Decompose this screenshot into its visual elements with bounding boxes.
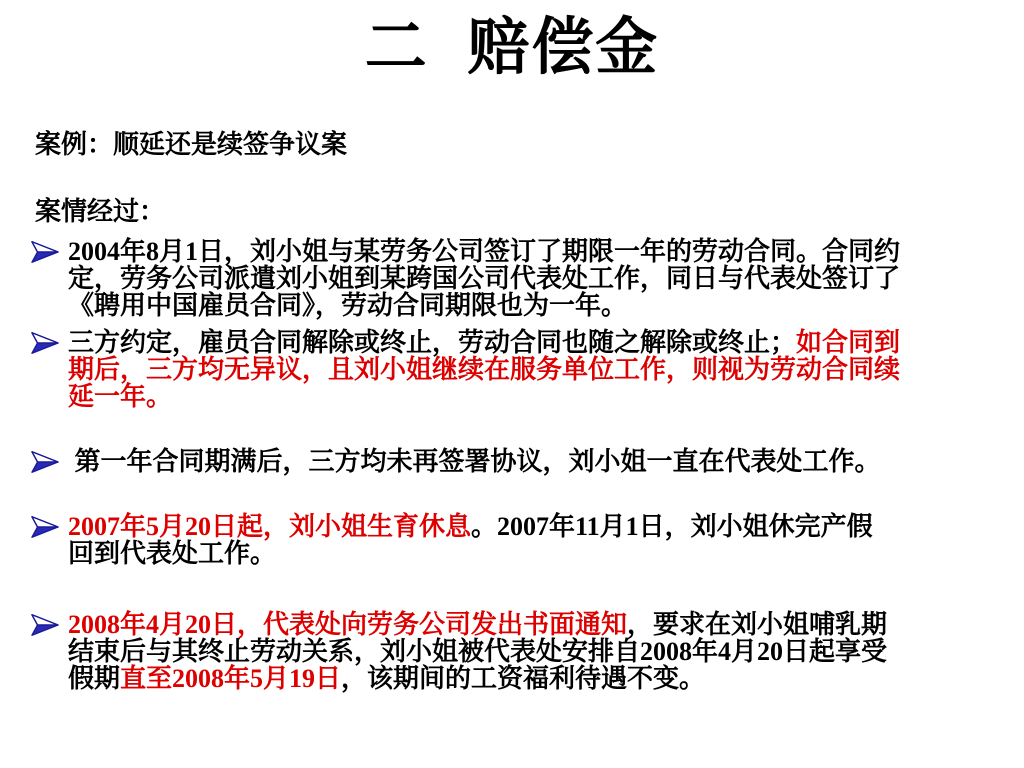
bullet-line: 假期直至2008年5月19日，该期间的工资福利待遇不变。 (68, 665, 1014, 692)
arrow-bullet-icon (30, 449, 60, 475)
bullet-line: 三方约定，雇员合同解除或终止，劳动合同也随之解除或终止；如合同到 (68, 329, 1014, 356)
bullet-line: 定，劳务公司派遣刘小姐到某跨国公司代表处工作，同日与代表处签订了 (68, 265, 1014, 292)
text-segment: 延一年。 (68, 382, 172, 411)
case-name-line: 案例：顺延还是续签争议案 (0, 131, 1024, 159)
text-segment: 定，劳务公司派遣刘小姐到某跨国公司代表处工作，同日与代表处签订了 (68, 264, 900, 293)
bullet-list: 2004年8月1日，刘小姐与某劳务公司签订了期限一年的劳动合同。合同约定，劳务公… (0, 238, 1024, 692)
arrow-bullet-icon (30, 330, 60, 356)
bullet-line: 2007年5月20日起，刘小姐生育休息。2007年11月1日，刘小姐休完产假 (68, 513, 1014, 540)
text-segment: ，要求在刘小姐哺乳期 (627, 610, 887, 639)
text-segment: 如合同到 (796, 328, 900, 357)
bullet-text: 三方约定，雇员合同解除或终止，劳动合同也随之解除或终止；如合同到期后，三方均无异… (68, 329, 1014, 410)
text-segment: 2008年4月20日，代表处向劳务公司发出书面通知 (68, 610, 627, 639)
process-label-line: 案情经过： (0, 198, 1024, 226)
text-segment: 。2007年11月1日，刘小姐休完产假 (471, 512, 873, 541)
text-segment: ，该期间的工资福利待遇不变。 (341, 664, 705, 693)
text-segment: 三方约定，雇员合同解除或终止，劳动合同也随之解除或终止； (68, 328, 796, 357)
bullet-item: 2008年4月20日，代表处向劳务公司发出书面通知，要求在刘小姐哺乳期结束后与其… (30, 611, 1014, 692)
slide: 二 赔偿金 案例：顺延还是续签争议案 案情经过： 2004年8月1日，刘小姐与某… (0, 0, 1024, 768)
bullet-item: 三方约定，雇员合同解除或终止，劳动合同也随之解除或终止；如合同到期后，三方均无异… (30, 329, 1014, 410)
bullet-line: 回到代表处工作。 (68, 540, 1014, 567)
slide-title: 二 赔偿金 (0, 8, 1024, 89)
bullet-text: 2004年8月1日，刘小姐与某劳务公司签订了期限一年的劳动合同。合同约定，劳务公… (68, 238, 1014, 319)
bullet-line: 延一年。 (68, 383, 1014, 410)
arrow-bullet-icon (30, 514, 60, 540)
bullet-item: 第一年合同期满后，三方均未再签署协议，刘小姐一直在代表处工作。 (30, 448, 1014, 475)
bullet-line: 第一年合同期满后，三方均未再签署协议，刘小姐一直在代表处工作。 (68, 448, 1014, 475)
text-segment: 第一年合同期满后，三方均未再签署协议，刘小姐一直在代表处工作。 (68, 447, 881, 476)
text-segment: 期后，三方均无异议，且刘小姐继续在服务单位工作，则视为劳动合同续 (68, 355, 900, 384)
bullet-item: 2004年8月1日，刘小姐与某劳务公司签订了期限一年的劳动合同。合同约定，劳务公… (30, 238, 1014, 319)
bullet-line: 2004年8月1日，刘小姐与某劳务公司签订了期限一年的劳动合同。合同约 (68, 238, 1014, 265)
bullet-line: 结束后与其终止劳动关系，刘小姐被代表处安排自2008年4月20日起享受 (68, 638, 1014, 665)
text-segment: 《聘用中国雇员合同》，劳动合同期限也为一年。 (68, 291, 627, 320)
text-segment: 直至2008年5月19日 (120, 664, 341, 693)
text-segment: 假期 (68, 664, 120, 693)
bullet-item: 2007年5月20日起，刘小姐生育休息。2007年11月1日，刘小姐休完产假回到… (30, 513, 1014, 567)
text-segment: 结束后与其终止劳动关系，刘小姐被代表处安排自2008年4月20日起享受 (68, 637, 887, 666)
bullet-line: 期后，三方均无异议，且刘小姐继续在服务单位工作，则视为劳动合同续 (68, 356, 1014, 383)
bullet-text: 第一年合同期满后，三方均未再签署协议，刘小姐一直在代表处工作。 (68, 448, 1014, 475)
arrow-bullet-icon (30, 612, 60, 638)
text-segment: 回到代表处工作。 (68, 539, 276, 568)
arrow-bullet-icon (30, 239, 60, 265)
bullet-text: 2007年5月20日起，刘小姐生育休息。2007年11月1日，刘小姐休完产假回到… (68, 513, 1014, 567)
text-segment: 2004年8月1日，刘小姐与某劳务公司签订了期限一年的劳动合同。合同约 (68, 237, 900, 266)
bullet-line: 《聘用中国雇员合同》，劳动合同期限也为一年。 (68, 292, 1014, 319)
bullet-line: 2008年4月20日，代表处向劳务公司发出书面通知，要求在刘小姐哺乳期 (68, 611, 1014, 638)
text-segment: 2007年5月20日起，刘小姐生育休息 (68, 512, 471, 541)
bullet-text: 2008年4月20日，代表处向劳务公司发出书面通知，要求在刘小姐哺乳期结束后与其… (68, 611, 1014, 692)
